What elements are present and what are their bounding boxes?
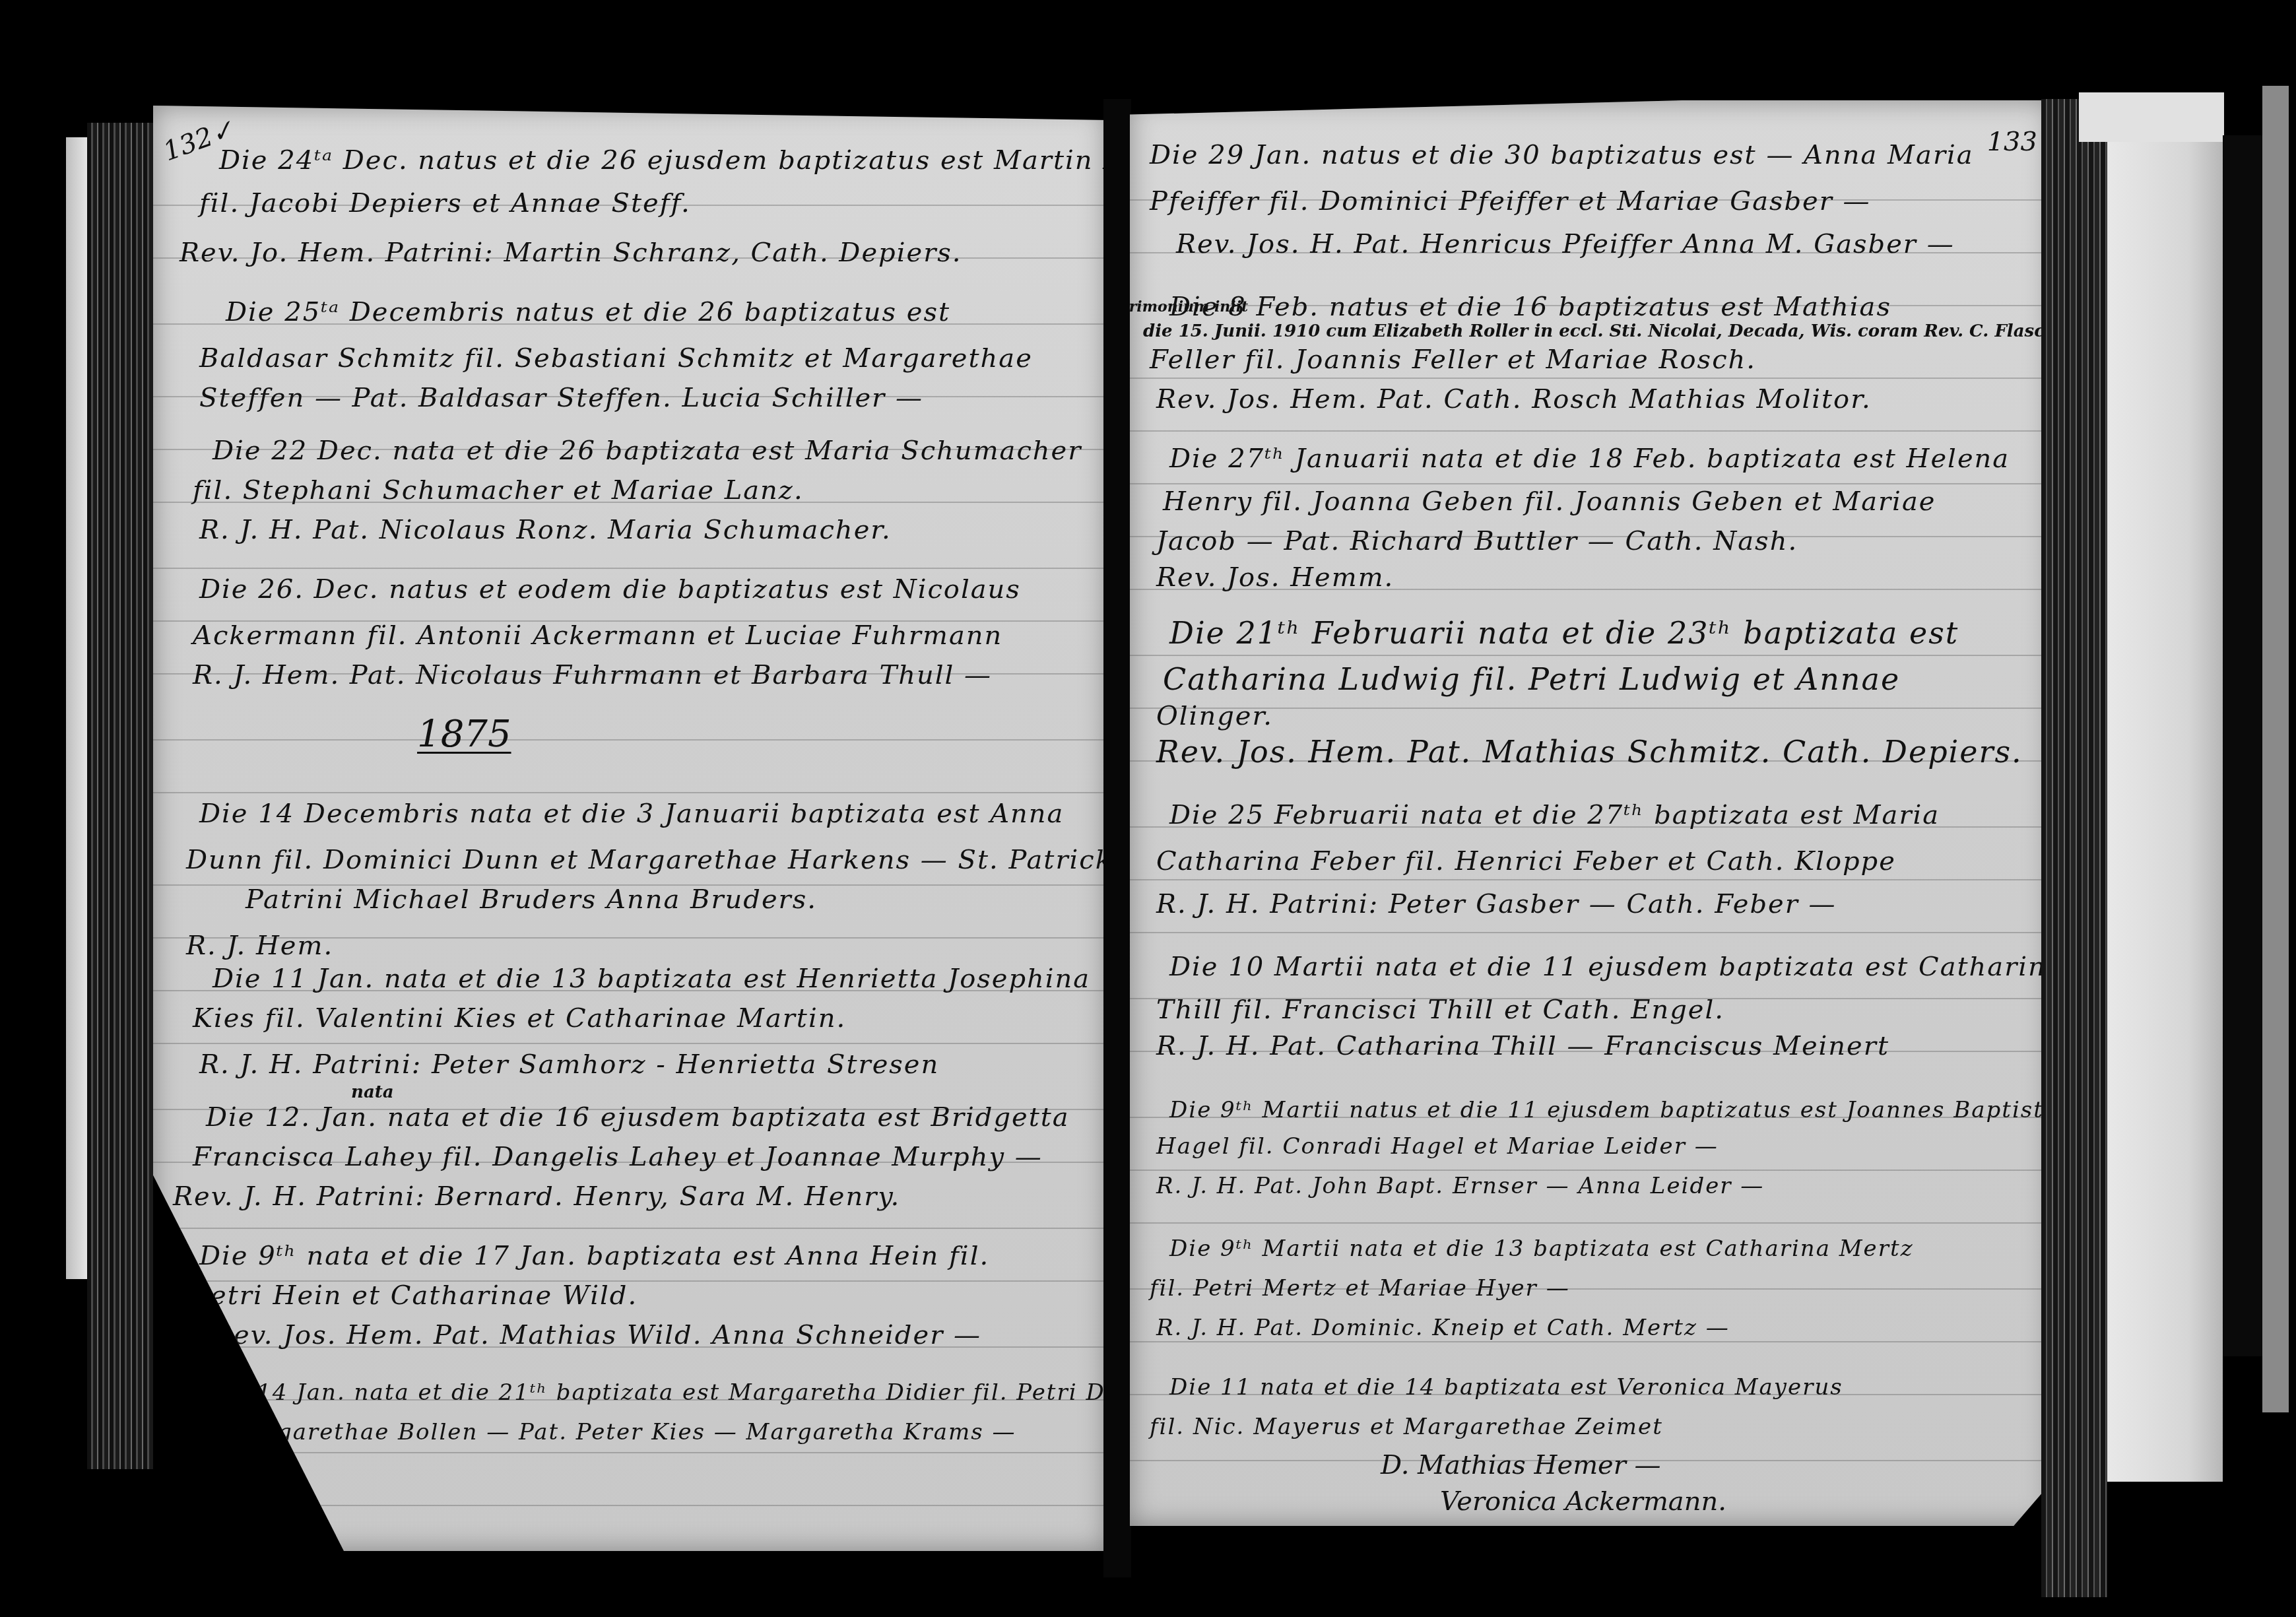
entry-line: Henry fil. Joanna Geben fil. Joannis Geb… xyxy=(1163,486,1936,517)
sponsor-signature: D. Mathias Hemer — xyxy=(1381,1450,1661,1480)
inserted-paper-sheet xyxy=(2107,142,2223,1482)
entry-line: Baldasar Schmitz fil. Sebastiani Schmitz… xyxy=(199,343,1033,374)
interlinear-note: nata xyxy=(351,1082,394,1102)
page-stack-right xyxy=(2041,99,2107,1597)
entry-line: Dunn fil. Dominici Dunn et Margarethae H… xyxy=(186,845,1239,875)
entry-line: Rev. Jos. Hemm. xyxy=(1156,562,1394,593)
entry-line: Rev. Jos. H. Pat. Henricus Pfeiffer Anna… xyxy=(1176,229,1955,259)
entry-line: Die 10 Martii nata et die 11 ejusdem bap… xyxy=(1169,952,2064,982)
entry-line: Catharina Ludwig fil. Petri Ludwig et An… xyxy=(1163,661,1900,697)
page-stack-left xyxy=(87,123,153,1469)
entry-line: Die 25 Februarii nata et die 27ᵗʰ baptiz… xyxy=(1169,800,1940,830)
book-spread: 132✓ Die 24ᵗᵃ Dec. natus et die 26 ejusd… xyxy=(0,0,2296,1617)
entry-line: Die 9ᵗʰ Martii nata et die 13 baptizata … xyxy=(1169,1236,1914,1262)
entry-line: fil. Stephani Schumacher et Mariae Lanz. xyxy=(193,475,804,506)
inserted-grey-sheet xyxy=(2262,86,2289,1412)
entry-line: et Margarethae Bollen — Pat. Peter Kies … xyxy=(193,1419,1016,1445)
entry-line: Rev. J. H. Patrini: Bernard. Henry, Sara… xyxy=(173,1181,900,1212)
entry-line: Rev. Jos. Hem. Pat. Mathias Schmitz. Cat… xyxy=(1156,734,2023,770)
entry-line: R. J. Hem. Pat. Nicolaus Fuhrmann et Bar… xyxy=(193,660,992,690)
entry-line: Die 9ᵗʰ nata et die 17 Jan. baptizata es… xyxy=(199,1241,989,1271)
entry-line: R. J. Hem. xyxy=(186,931,333,961)
entry-line: fil. Nic. Mayerus et Margarethae Zeimet xyxy=(1150,1414,1663,1440)
entry-line: Die 24ᵗᵃ Dec. natus et die 26 ejusdem ba… xyxy=(219,145,1216,176)
right-page: 133 Die 29 Jan. natus et die 30 baptizat… xyxy=(1130,100,2050,1526)
page-number: 133 xyxy=(1987,127,2037,157)
entry-line: R. J. H. Pat. Catharina Thill — Francisc… xyxy=(1156,1031,1889,1061)
entry-line: Patrini Michael Bruders Anna Bruders. xyxy=(246,884,817,915)
entry-line: Die 21ᵗʰ Februarii nata et die 23ᵗʰ bapt… xyxy=(1169,615,1959,651)
entry-line: Rev. Jo. Hem. Patrini: Martin Schranz, C… xyxy=(180,238,962,268)
entry-line: Petri Hein et Catharinae Wild. xyxy=(193,1280,638,1311)
entry-line: R. J. H. Patrini: Peter Gasber — Cath. F… xyxy=(1156,889,1837,919)
entry-line: Die 9ᵗʰ Martii natus et die 11 ejusdem b… xyxy=(1169,1097,2058,1123)
entry-line: Francisca Lahey fil. Dangelis Lahey et J… xyxy=(193,1142,1043,1172)
entry-line: Kies fil. Valentini Kies et Catharinae M… xyxy=(193,1003,846,1034)
entry-line: Die 25ᵗᵃ Decembris natus et die 26 bapti… xyxy=(226,297,950,327)
entry-line: Olinger. xyxy=(1156,701,1273,731)
year-heading: 1875 xyxy=(417,713,511,756)
entry-line: Die 27ᵗʰ Januarii nata et die 18 Feb. ba… xyxy=(1169,444,2010,474)
entry-line: Rev. Jos. Hem. Pat. Mathias Wild. Anna S… xyxy=(213,1320,981,1350)
entry-line: Ackermann fil. Antonii Ackermann et Luci… xyxy=(193,620,1002,651)
entry-line: Jacob — Pat. Richard Buttler — Cath. Nas… xyxy=(1156,526,1798,556)
entry-line: Pfeiffer fil. Dominici Pfeiffer et Maria… xyxy=(1150,186,1871,216)
sponsor-signature: Veronica Ackermann. xyxy=(1440,1486,1726,1517)
entry-line: Die 22 Dec. nata et die 26 baptizata est… xyxy=(213,436,1082,466)
entry-line: R. J. H. Pat. John Bapt. Ernser — Anna L… xyxy=(1156,1173,1764,1199)
inserted-paper-tab xyxy=(2079,92,2224,142)
entry-line: Die 11 Jan. nata et die 13 baptizata est… xyxy=(213,964,1090,994)
entry-line: Feller fil. Joannis Feller et Mariae Ros… xyxy=(1150,345,1756,375)
entry-line: fil. Petri Mertz et Mariae Hyer — xyxy=(1150,1275,1570,1302)
entry-line: Die 14 Jan. nata et die 21ᵗʰ baptizata e… xyxy=(206,1379,1165,1406)
entry-line: R. J. H. Pat. Dominic. Kneip et Cath. Me… xyxy=(1156,1315,1730,1341)
entry-line: Hagel fil. Conradi Hagel et Mariae Leide… xyxy=(1156,1133,1719,1160)
entry-line: Die 26. Dec. natus et eodem die baptizat… xyxy=(199,574,1021,605)
entry-line: Die 29 Jan. natus et die 30 baptizatus e… xyxy=(1150,140,1974,170)
entry-line: Thill fil. Francisci Thill et Cath. Enge… xyxy=(1156,995,1724,1025)
entry-line: Rev. Jos. Hem. Pat. Cath. Rosch Mathias … xyxy=(1156,384,1872,414)
entry-line: R. J. H. Pat. Nicolaus Ronz. Maria Schum… xyxy=(199,515,892,545)
inserted-dark-sheet xyxy=(2223,135,2262,1356)
entry-line: Die 14 Decembris nata et die 3 Januarii … xyxy=(199,799,1064,829)
page-edge-left xyxy=(66,137,87,1279)
entry-line: Die 8 Feb. natus et die 16 baptizatus es… xyxy=(1169,292,1891,322)
book-gutter xyxy=(1103,99,1131,1577)
entry-line: Catharina Feber fil. Henrici Feber et Ca… xyxy=(1156,846,1896,876)
left-page: 132✓ Die 24ᵗᵃ Dec. natus et die 26 ejusd… xyxy=(153,106,1107,1551)
entry-line: Die 11 nata et die 14 baptizata est Vero… xyxy=(1169,1374,1843,1401)
entry-line: R. J. H. Patrini: Peter Samhorz - Henrie… xyxy=(199,1049,939,1080)
entry-line: Die 12. Jan. nata et die 16 ejusdem bapt… xyxy=(206,1102,1070,1133)
entry-line: fil. Jacobi Depiers et Annae Steff. xyxy=(199,188,691,218)
entry-line: Steffen — Pat. Baldasar Steffen. Lucia S… xyxy=(199,383,923,413)
